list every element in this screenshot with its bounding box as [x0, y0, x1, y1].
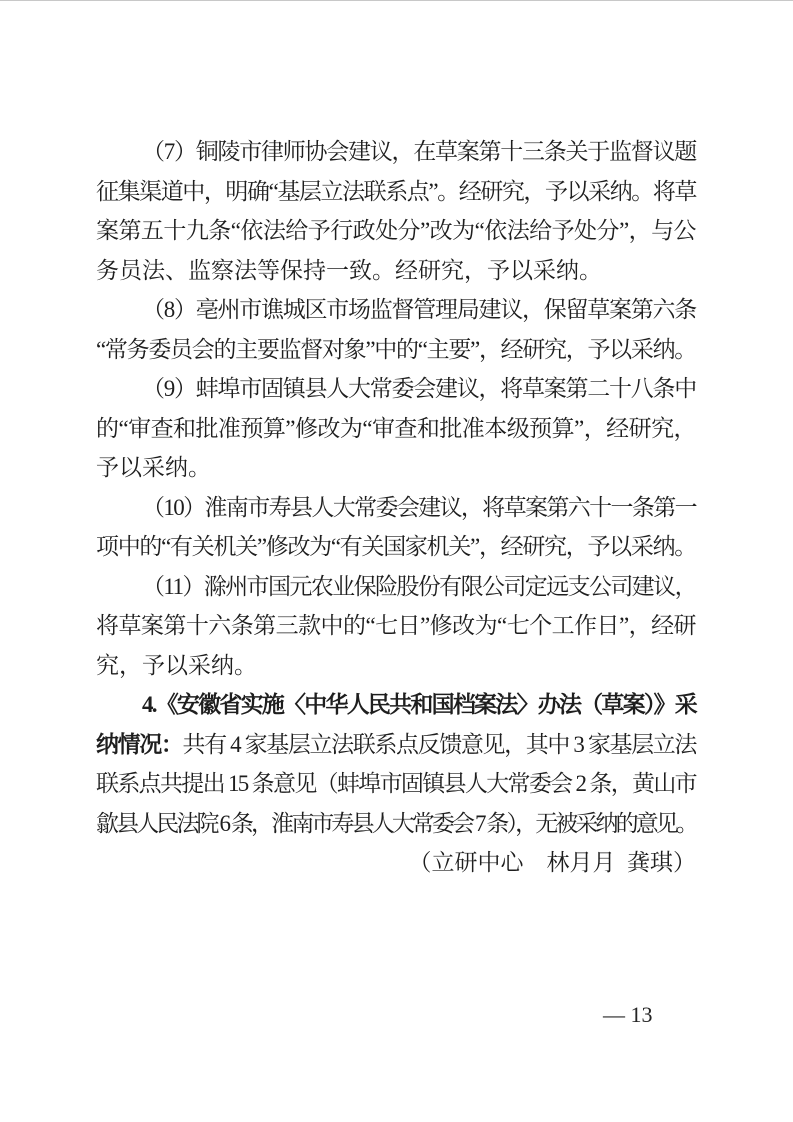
- text-line: 将草案第十六条第三款中的“七日”修改为“七个工作日”，经研: [96, 606, 696, 646]
- text-line-content: 征集渠道中，明确“基层立法联系点”。经研究，予以采纳。将草: [96, 179, 696, 204]
- paragraph-item-7: （7）铜陵市律师协会建议，在草案第十三条关于监督议题 征集渠道中，明确“基层立法…: [96, 132, 696, 290]
- text-line: 案第五十九条“依法给予行政处分”改为“依法给予处分”，与公: [96, 211, 696, 251]
- text-line-content: 究，予以采纳。: [96, 653, 257, 678]
- text-line: 究，予以采纳。: [96, 646, 696, 686]
- page-number: — 13: [603, 1002, 653, 1028]
- paragraph-4-lead-bold-tail: 纳情况：: [96, 732, 183, 757]
- text-line: （11）滁州市国元农业保险股份有限公司定远支公司建议，: [96, 567, 696, 607]
- paragraph-item-11: （11）滁州市国元农业保险股份有限公司定远支公司建议， 将草案第十六条第三款中的…: [96, 567, 696, 686]
- text-line: 歙县人民法院 6 条，淮南市寿县人大常委会 7 条），无被采纳的意见。: [96, 804, 696, 844]
- text-line: （9）蚌埠市固镇县人大常委会建议，将草案第二十八条中: [96, 369, 696, 409]
- text-line-content: 的“审查和批准预算”修改为“审查和批准本级预算”，经研究，: [96, 416, 696, 441]
- text-line: 4.《安徽省实施〈中华人民共和国档案法〉办法（草案）》采: [96, 685, 696, 725]
- text-line: 项中的“有关机关”修改为“有关国家机关”，经研究，予以采纳。: [96, 527, 696, 567]
- text-line: 予以采纳。: [96, 448, 696, 488]
- text-line-content: 共有 4 家基层立法联系点反馈意见，其中 3 家基层立法: [183, 732, 697, 757]
- signature-text: （立研中心 林月月 龚琪）: [409, 850, 697, 875]
- text-line-content: “常务委员会的主要监督对象”中的“主要”，经研究，予以采纳。: [96, 337, 696, 362]
- paragraph-4-lead-bold: 4.《安徽省实施〈中华人民共和国档案法〉办法（草案）》采: [142, 692, 696, 717]
- text-line-content: （8）亳州市谯城区市场监督管理局建议，保留草案第六条: [142, 297, 696, 322]
- paragraph-item-8: （8）亳州市谯城区市场监督管理局建议，保留草案第六条 “常务委员会的主要监督对象…: [96, 290, 696, 369]
- text-line: （7）铜陵市律师协会建议，在草案第十三条关于监督议题: [96, 132, 696, 172]
- text-line: 务员法、监察法等保持一致。经研究，予以采纳。: [96, 251, 696, 291]
- text-line-content: （11）滁州市国元农业保险股份有限公司定远支公司建议，: [142, 574, 696, 599]
- text-line-content: 予以采纳。: [96, 455, 211, 480]
- text-line-content: 项中的“有关机关”修改为“有关国家机关”，经研究，予以采纳。: [96, 534, 696, 559]
- text-line: （8）亳州市谯城区市场监督管理局建议，保留草案第六条: [96, 290, 696, 330]
- text-line: （10）淮南市寿县人大常委会建议，将草案第六十一条第一: [96, 488, 696, 528]
- signature-line: （立研中心 林月月 龚琪）: [96, 843, 696, 883]
- text-line: 联系点共提出 15 条意见（蚌埠市固镇县人大常委会 2 条，黄山市: [96, 764, 696, 804]
- text-line-content: 务员法、监察法等保持一致。经研究，予以采纳。: [96, 258, 602, 283]
- paragraph-item-4-summary: 4.《安徽省实施〈中华人民共和国档案法〉办法（草案）》采 纳情况：共有 4 家基…: [96, 685, 696, 843]
- text-line-content: 歙县人民法院 6 条，淮南市寿县人大常委会 7 条），无被采纳的意见。: [96, 811, 696, 836]
- text-line: 的“审查和批准预算”修改为“审查和批准本级预算”，经研究，: [96, 409, 696, 449]
- text-line-content: 将草案第十六条第三款中的“七日”修改为“七个工作日”，经研: [96, 613, 696, 638]
- text-line: 征集渠道中，明确“基层立法联系点”。经研究，予以采纳。将草: [96, 172, 696, 212]
- paragraph-item-9: （9）蚌埠市固镇县人大常委会建议，将草案第二十八条中 的“审查和批准预算”修改为…: [96, 369, 696, 488]
- text-line-content: 纳情况：共有 4 家基层立法联系点反馈意见，其中 3 家基层立法: [96, 732, 696, 757]
- text-line: 纳情况：共有 4 家基层立法联系点反馈意见，其中 3 家基层立法: [96, 725, 696, 765]
- text-line: “常务委员会的主要监督对象”中的“主要”，经研究，予以采纳。: [96, 330, 696, 370]
- paragraph-item-10: （10）淮南市寿县人大常委会建议，将草案第六十一条第一 项中的“有关机关”修改为…: [96, 488, 696, 567]
- text-line-content: （10）淮南市寿县人大常委会建议，将草案第六十一条第一: [142, 495, 696, 520]
- page-top-edge: [0, 0, 793, 1]
- document-page: （7）铜陵市律师协会建议，在草案第十三条关于监督议题 征集渠道中，明确“基层立法…: [0, 0, 793, 1122]
- document-body: （7）铜陵市律师协会建议，在草案第十三条关于监督议题 征集渠道中，明确“基层立法…: [96, 132, 696, 883]
- text-line-content: 案第五十九条“依法给予行政处分”改为“依法给予处分”，与公: [96, 218, 696, 243]
- text-line-content: （7）铜陵市律师协会建议，在草案第十三条关于监督议题: [142, 139, 696, 164]
- text-line-content: 联系点共提出 15 条意见（蚌埠市固镇县人大常委会 2 条，黄山市: [96, 771, 696, 796]
- text-line-content: （9）蚌埠市固镇县人大常委会建议，将草案第二十八条中: [142, 376, 696, 401]
